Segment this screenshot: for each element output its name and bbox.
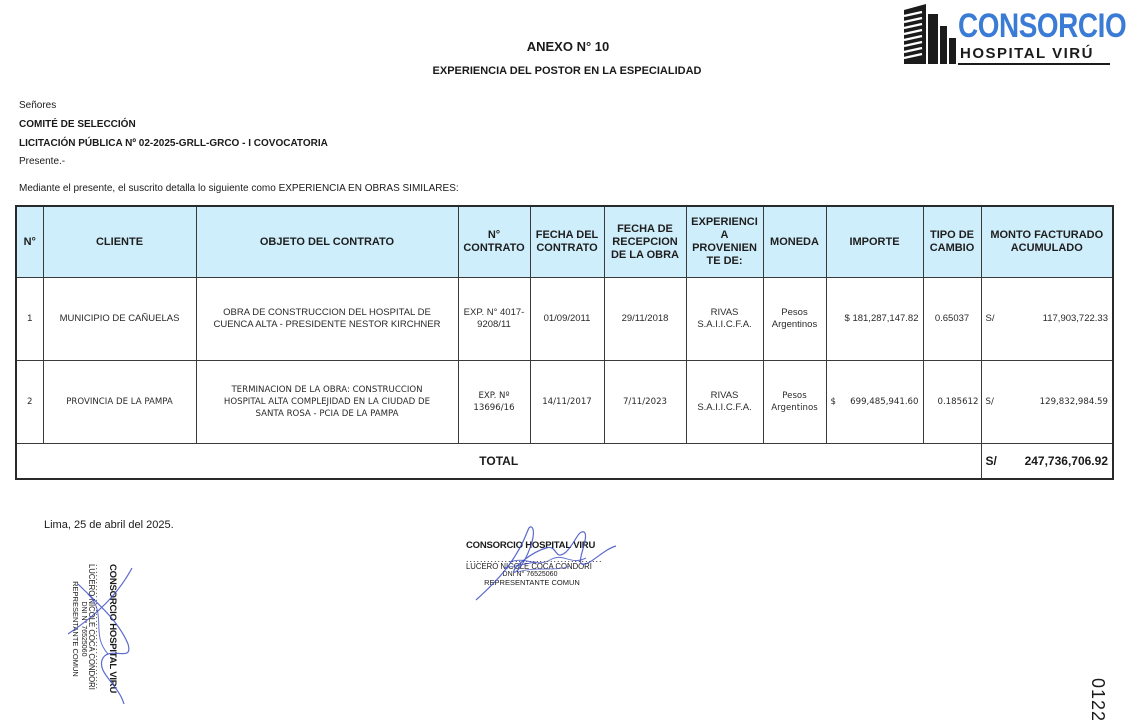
- cell-objeto: TERMINACION DE LA OBRA: CONSTRUCCIONHOSP…: [196, 361, 458, 444]
- cell-fecha-contrato: 01/09/2011: [530, 278, 604, 361]
- col-header-moneda: MONEDA: [763, 206, 826, 278]
- closing: Presente.-: [19, 156, 65, 168]
- cell-moneda: PesosArgentinos: [763, 361, 826, 444]
- annex-subtitle: EXPERIENCIA DEL POSTOR EN LA ESPECIALIDA…: [0, 65, 1134, 77]
- total-value: 247,736,706.92: [1025, 454, 1108, 468]
- signature-stamp-rotated: CONSORCIO HOSPITAL VIRU ................…: [28, 564, 118, 714]
- cell-objeto: OBRA DE CONSTRUCCION DEL HOSPITAL DECUEN…: [196, 278, 458, 361]
- tender-reference: LICITACIÓN PÚBLICA Nº 02-2025-GRLL-GRCO …: [19, 138, 328, 150]
- signature-company: CONSORCIO HOSPITAL VIRU: [107, 564, 118, 714]
- cell-contrato: EXP. Nº13696/16: [458, 361, 530, 444]
- col-header-tipo-cambio: TIPO DECAMBIO: [923, 206, 981, 278]
- cell-tipo-cambio: 0.185612: [923, 361, 981, 444]
- col-header-fecha-contrato: FECHA DELCONTRATO: [530, 206, 604, 278]
- col-header-fecha-recepcion: FECHA DERECEPCIONDE LA OBRA: [604, 206, 686, 278]
- company-logo: CONSORCIO HOSPITAL VIRÚ: [900, 4, 1112, 68]
- table-row: 2 PROVINCIA DE LA PAMPA TERMINACION DE L…: [16, 361, 1113, 444]
- committee: COMITÉ DE SELECCIÓN: [19, 119, 136, 131]
- cell-cliente: MUNICIPIO DE CAÑUELAS: [43, 278, 196, 361]
- col-header-objeto: OBJETO DEL CONTRATO: [196, 206, 458, 278]
- total-label: TOTAL: [16, 444, 981, 480]
- place-date: Lima, 25 de abril del 2025.: [44, 519, 174, 531]
- col-header-monto: MONTO FACTURADOACUMULADO: [981, 206, 1113, 278]
- cell-fecha-contrato: 14/11/2017: [530, 361, 604, 444]
- cell-importe: $ 181,287,147.82: [826, 278, 923, 361]
- col-header-n: N°: [16, 206, 43, 278]
- intro-text: Mediante el presente, el suscrito detall…: [19, 183, 459, 194]
- cell-n: 2: [16, 361, 43, 444]
- building-icon: [900, 4, 958, 64]
- signature-name: LUCERO NICOLE COCA CONDORI: [87, 564, 96, 699]
- table-header-row: N° CLIENTE OBJETO DEL CONTRATO N°CONTRAT…: [16, 206, 1113, 278]
- col-header-contrato: N°CONTRATO: [458, 206, 530, 278]
- cell-importe: $699,485,941.60: [826, 361, 923, 444]
- cell-fecha-recepcion: 7/11/2023: [604, 361, 686, 444]
- table-total-row: TOTAL S/247,736,706.92: [16, 444, 1113, 480]
- signature-company: CONSORCIO HOSPITAL VIRU: [466, 540, 626, 551]
- table-row: 1 MUNICIPIO DE CAÑUELAS OBRA DE CONSTRUC…: [16, 278, 1113, 361]
- cell-experiencia: RIVASS.A.I.I.C.F.A.: [686, 278, 763, 361]
- cell-cliente: PROVINCIA DE LA PAMPA: [43, 361, 196, 444]
- col-header-experiencia: EXPERIENCIAPROVENIENTE DE:: [686, 206, 763, 278]
- signature-role: REPRESENTANTE COMUN: [462, 579, 602, 587]
- cell-contrato: EXP. N° 4017-9208/11: [458, 278, 530, 361]
- salutation: Señores: [19, 100, 56, 112]
- page-number: 0122: [1087, 678, 1108, 720]
- total-value-cell: S/247,736,706.92: [981, 444, 1113, 480]
- cell-tipo-cambio: 0.65037: [923, 278, 981, 361]
- signature-dni: DNI N° 76525060: [79, 564, 87, 694]
- signature-stamp: CONSORCIO HOSPITAL VIRU ................…: [466, 526, 626, 606]
- experience-table: N° CLIENTE OBJETO DEL CONTRATO N°CONTRAT…: [15, 205, 1114, 480]
- cell-experiencia: RIVASS.A.I.I.C.F.A.: [686, 361, 763, 444]
- cell-monto: S/117,903,722.33: [981, 278, 1113, 361]
- cell-fecha-recepcion: 29/11/2018: [604, 278, 686, 361]
- cell-moneda: PesosArgentinos: [763, 278, 826, 361]
- col-header-importe: IMPORTE: [826, 206, 923, 278]
- col-header-cliente: CLIENTE: [43, 206, 196, 278]
- annex-title-text: ANEXO N° 10: [527, 39, 610, 54]
- cell-n: 1: [16, 278, 43, 361]
- signature-role: REPRESENTANTE COMUN: [71, 564, 79, 694]
- cell-monto: S/129,832,984.59: [981, 361, 1113, 444]
- annex-title: ANEXO N° 10: [0, 39, 1134, 54]
- signature-name: LUCERO NICOLE COCA CONDORI: [466, 562, 610, 571]
